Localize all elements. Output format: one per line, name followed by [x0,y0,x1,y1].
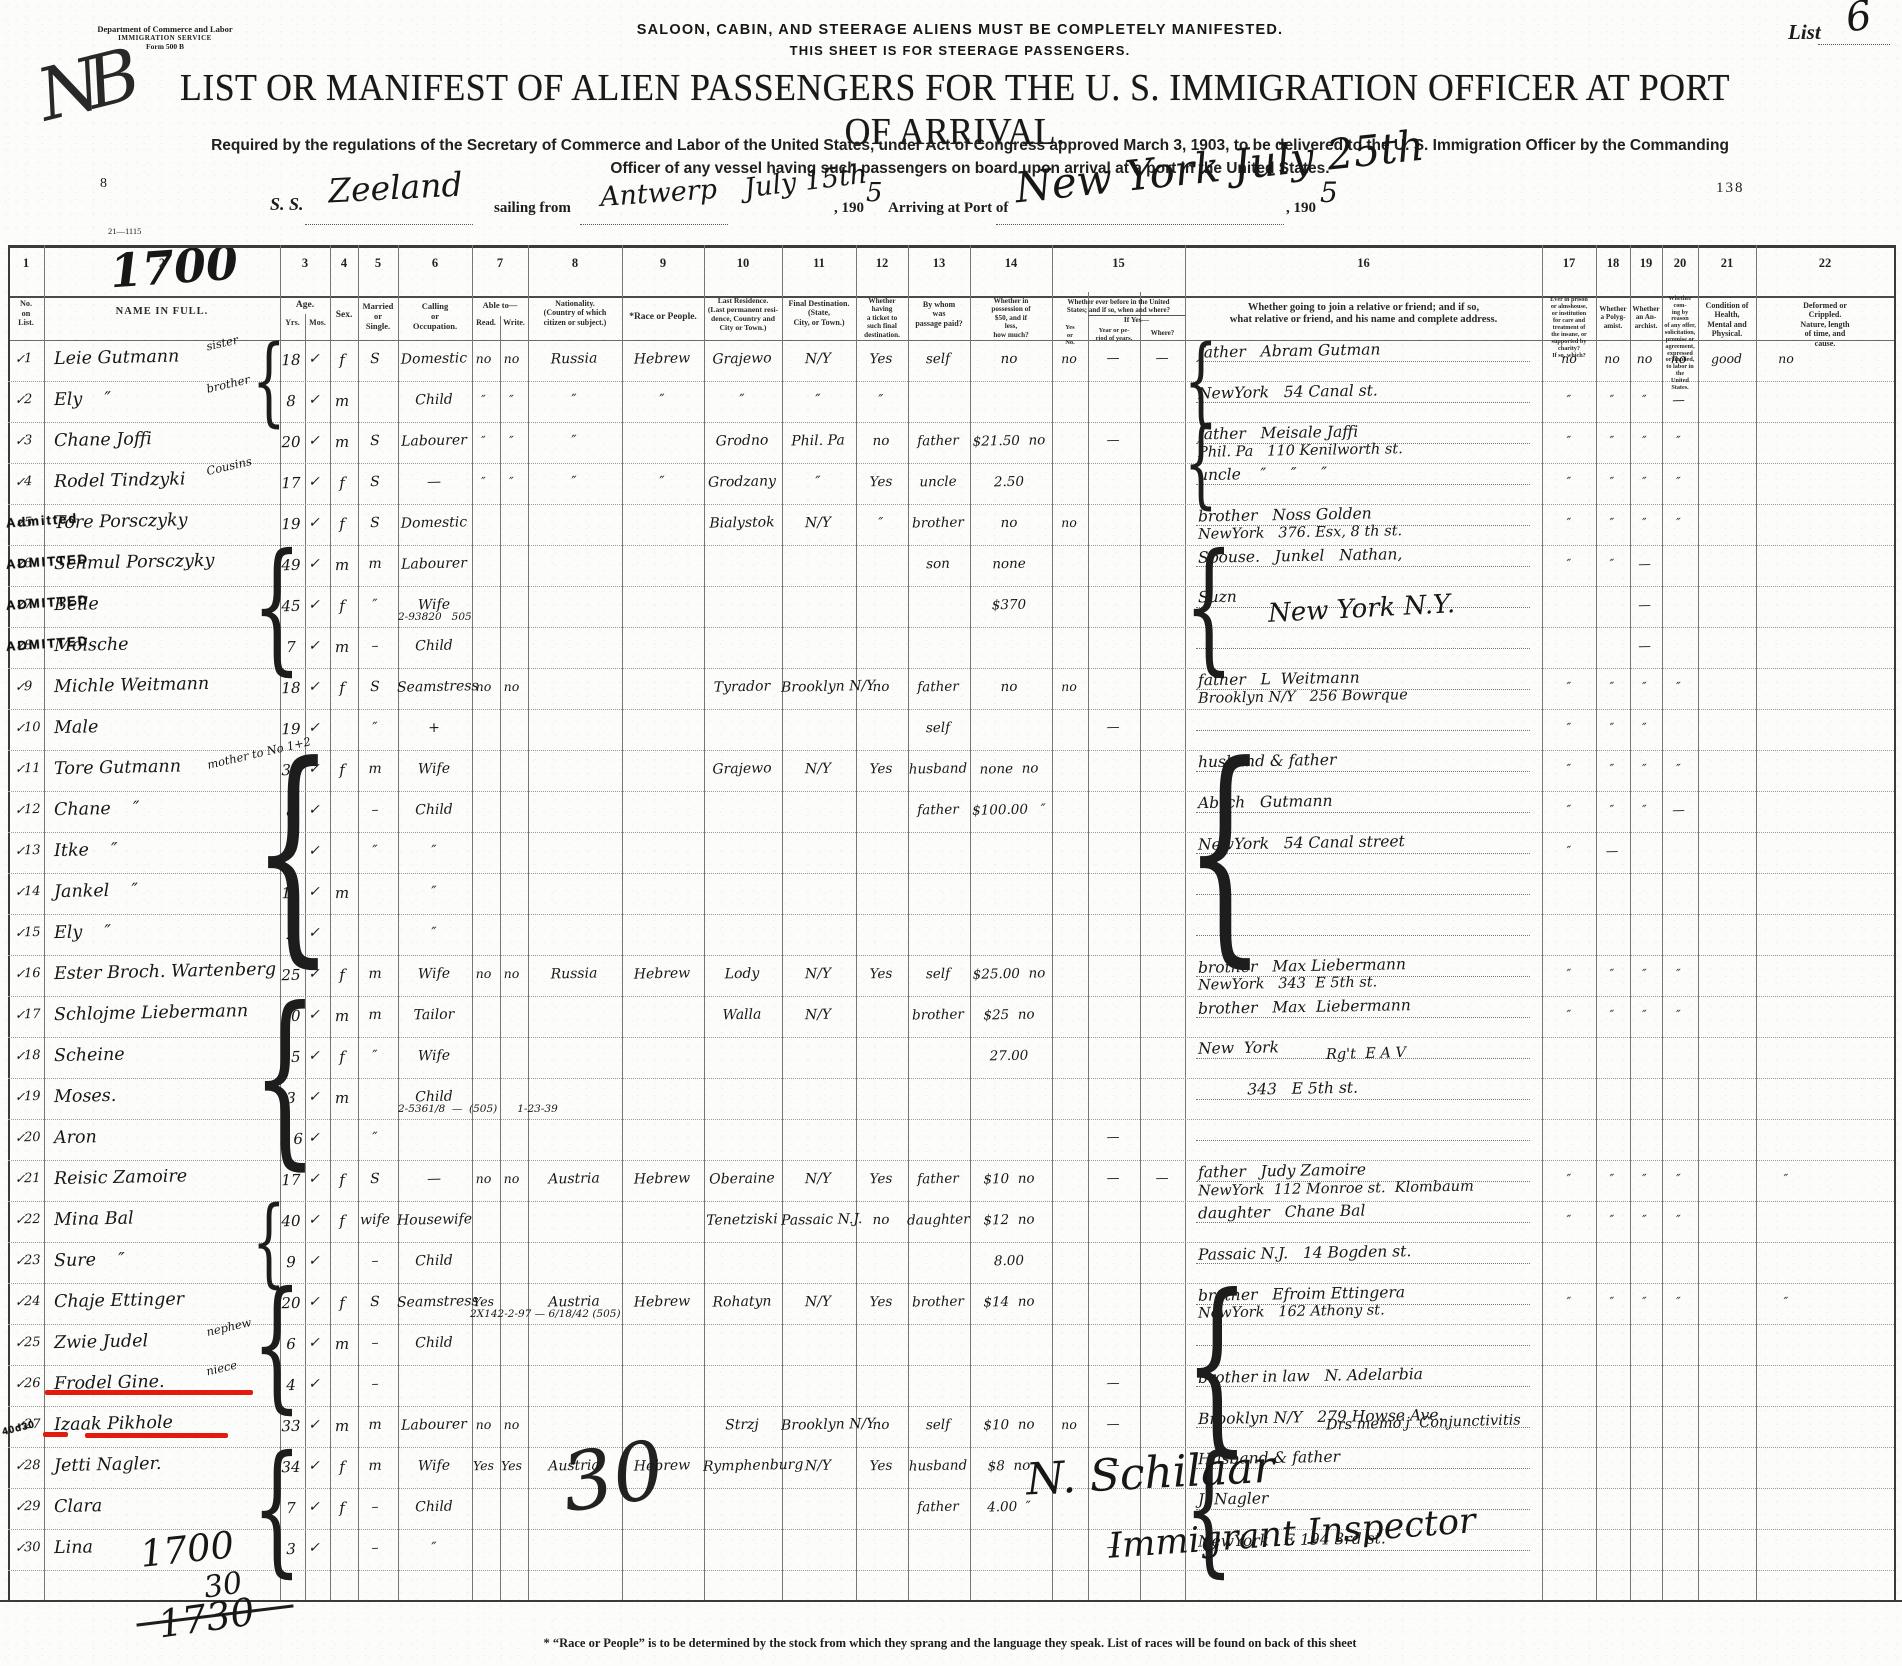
column-header: Last Residence. (Last permanent resi- de… [705,297,781,333]
cell-last-residence: Bialystok [703,514,781,532]
cell-ever-in-us-year: — [1087,1375,1139,1391]
cell-row-number: 9 [24,679,48,694]
cell-marital-status: – [357,1253,393,1270]
cell-age-checkmark: ✓ [303,351,325,367]
cell-age-checkmark: ✓ [303,1212,325,1228]
cell-row-number: 11 [24,761,48,776]
cell-row-number: 21 [24,1171,48,1186]
cell-passenger-name: Sure ″ [54,1247,262,1271]
column-rule [622,245,623,1600]
column-header: Sex. [331,310,357,321]
cell-ever-in-us-year: — [1087,1416,1139,1432]
column-number: 2 [44,256,280,271]
cell-money-in-possession: $10 no [967,1416,1051,1434]
cell-last-residence: Walla [703,1006,781,1024]
cell-able-write: no [497,966,526,982]
cell-passenger-name: Moses. [54,1083,262,1107]
cell-age-checkmark: ✓ [303,433,325,449]
cell-passage-paid-by: self [907,719,969,736]
cell-sex: m [329,392,355,411]
cell-labor-offer: ″ [1661,1212,1696,1228]
column-number: 17 [1542,256,1596,271]
cell-occupation: Wife [397,1047,471,1065]
address-dotted-line [1196,1017,1530,1018]
cell-anarchist: ″ [1629,1212,1660,1228]
cell-able-read: Yes [469,1294,498,1310]
cell-passenger-name: Leie Gutmann [54,345,262,369]
family-brace: { [252,338,286,424]
cell-money-in-possession: $25 no [967,1006,1051,1024]
cell-polygamist: — [1596,843,1628,859]
cell-last-residence: Grodno [703,432,781,450]
cell-row-number: 14 [24,884,48,899]
cell-sex: f [329,1048,355,1067]
cell-passage-paid-by: husband [907,1457,969,1474]
cell-row-number: 19 [24,1089,48,1104]
cell-ever-in-us: no [1051,351,1087,367]
family-brace-relative-column: { [1184,1281,1250,1449]
address-dotted-line [1196,484,1530,485]
cell-row-number: 10 [24,720,48,735]
if-yes-subheader: If Yes— [1088,315,1185,325]
cell-occupation: — [397,1170,471,1188]
cell-occupation: Child [397,1498,471,1516]
subcolumn-rule [500,316,501,1600]
cell-sex: f [329,679,355,698]
family-brace-relative-column: { [1184,748,1266,957]
cell-age-checkmark: ✓ [303,1499,325,1515]
header-number-divider [8,296,1894,298]
cell-occupation: Seamstress [397,1293,471,1311]
cell-age-checkmark: ✓ [303,1458,325,1474]
column-number: 22 [1756,256,1894,271]
column-rule [8,245,10,1600]
cell-age-checkmark: ✓ [303,1540,325,1556]
cell-sex: f [329,474,355,493]
cell-ever-in-us-year: — [1087,1170,1139,1186]
cell-final-destination: N/Y [781,1006,855,1024]
cell-anarchist: ″ [1629,966,1660,982]
cell-nationality: Austria [527,1170,621,1188]
cell-money-in-possession: $370 [967,596,1051,614]
column-number: 8 [528,256,622,271]
table-bottom-border [0,1600,1902,1602]
cell-has-ticket: Yes [855,760,907,777]
cell-row-number: 30 [24,1540,48,1555]
cell-marital-status: S [357,433,393,450]
cell-polygamist: ″ [1596,474,1628,490]
column-number: 6 [398,256,472,271]
cell-relative-address: Phil. Pa 110 Kenilworth st. [1198,441,1403,461]
cell-has-ticket: no [855,1416,907,1433]
cell-ever-in-us-where: — [1139,1171,1185,1187]
cell-anarchist: ″ [1629,1294,1660,1310]
cell-passenger-name: Male [54,714,262,738]
cell-marital-status: S [357,1171,393,1188]
cell-money-in-possession: no [967,350,1051,368]
column-rule [1542,245,1543,1600]
cell-relative-friend: brother Max Liebermann [1198,996,1411,1018]
column-rule [472,245,473,1600]
subcolumn-rule [1088,292,1089,1600]
cell-able-write: ″ [497,392,526,408]
cell-final-destination: ″ [781,391,855,409]
row-rule [8,1201,1894,1202]
subcolumn-rule [1140,292,1141,1600]
cell-passenger-name: Chaje Ettinger [54,1288,262,1312]
cell-marital-status: – [357,1376,393,1393]
cell-passenger-name: Ely ″ [54,919,262,943]
yes-no-subheader: Yes or No. [1052,324,1088,347]
cell-able-read: ″ [469,392,498,408]
cell-passage-paid-by: brother [907,1293,969,1310]
column-header: Whether a Polyg- amist. [1597,305,1629,330]
cell-able-read: no [469,351,498,367]
cell-labor-offer: — [1661,802,1696,818]
cell-nationality: ″ [527,432,621,450]
cell-passenger-name: Jankel ″ [54,878,262,902]
cell-last-residence: ″ [703,391,781,409]
cell-occupation: Labourer [397,1416,471,1434]
cell-marital-status: ″ [357,597,393,614]
age-months-subheader: Mos. [306,318,329,327]
column-number: 13 [908,256,970,271]
column-number: 20 [1662,256,1698,271]
cell-has-ticket: Yes [855,473,907,490]
address-dotted-line [1196,1222,1530,1223]
column-header: By whom was passage paid? [909,300,969,328]
family-brace: { [252,748,334,957]
cell-occupation: Domestic [397,514,471,532]
cell-passenger-name: Clara [54,1493,262,1517]
column-header: Nationality. (Country of which citizen o… [529,299,621,327]
cell-age-checkmark: ✓ [303,515,325,531]
row-rule [8,381,1894,382]
cell-able-read: Yes [469,1458,498,1474]
cell-last-residence: Lody [703,965,781,983]
column-header: Whether ever before in the United States… [1053,298,1184,315]
cell-row-number: 29 [24,1499,48,1514]
cell-relative-friend: NewYork 54 Canal st. [1198,381,1378,402]
cell-row-number: 22 [24,1212,48,1227]
column-header: Whether com- ing by reason of any offer,… [1663,296,1697,391]
cell-age: 17 [277,474,305,493]
column-rule [1698,245,1699,1600]
cell-row-number: 18 [24,1048,48,1063]
handwritten-count-30: 30 [555,1423,670,1531]
cell-passage-paid-by: father [907,1498,969,1515]
cell-passage-paid-by: uncle [907,473,969,490]
cell-passenger-name: Aron [54,1124,262,1148]
cell-polygamist: ″ [1596,679,1628,695]
cell-sex: m [329,433,355,452]
cell-sex: f [329,1294,355,1313]
cell-occupation: Labourer [397,432,471,450]
cell-polygamist: ″ [1596,1294,1628,1310]
cell-marital-status: ″ [357,1048,393,1065]
cell-passenger-name: Scheine [54,1042,262,1066]
row-rule [8,1242,1894,1243]
cell-sex: m [329,1335,355,1354]
cell-relative-friend: 343 E 5th st. [1198,1079,1358,1100]
cell-ever-in-us-year: — [1087,719,1139,735]
cell-prison-almshouse: ″ [1544,473,1594,489]
cell-anarchist: ″ [1629,433,1660,449]
cell-row-number: 16 [24,966,48,981]
cell-sex: m [329,1089,355,1108]
cell-sex: f [329,1212,355,1231]
cell-anarchist: ″ [1629,1171,1660,1187]
family-brace-relative-column: { [1184,420,1218,506]
address-dotted-line [1196,361,1530,362]
cell-marital-status: ″ [357,843,393,860]
cell-relative-friend: father Meisale Jaffi [1198,423,1358,444]
cell-has-ticket: Yes [855,1293,907,1310]
cell-passage-paid-by: brother [907,514,969,531]
cell-sex: f [329,1499,355,1518]
cell-passenger-name: Chane ″ [54,796,262,820]
cell-has-ticket: no [855,678,907,695]
cell-race: Hebrew [621,965,703,983]
cell-row-number: 24 [24,1294,48,1309]
cell-occupation: Labourer [397,555,471,573]
cell-final-destination: N/Y [781,350,855,368]
family-brace-relative-column: { [1184,543,1234,670]
address-dotted-line [1196,1140,1530,1141]
column-number: 5 [358,256,398,271]
cell-row-number: 2 [24,392,48,407]
cell-has-ticket: ″ [855,514,907,531]
row-rule [8,422,1894,423]
cell-final-destination: Phil. Pa [781,432,855,450]
cell-money-in-possession: $21.50 no [967,432,1051,450]
family-brace: { [252,1445,302,1572]
cell-relative-friend: daughter Chane Bal [1198,1202,1366,1223]
cell-sex: f [329,1458,355,1477]
cell-has-ticket: Yes [855,965,907,982]
cell-polygamist: ″ [1596,433,1628,449]
cell-able-write: ″ [497,433,526,449]
cell-last-residence: Tenetziski [703,1211,781,1229]
cell-prison-almshouse: ″ [1544,760,1594,776]
cell-occupation: Wife [397,965,471,983]
cell-occupation: ″ [397,924,471,942]
cell-passage-paid-by: self [907,350,969,367]
cell-marital-status: S [357,351,393,368]
cell-anarchist: ″ [1629,761,1660,777]
red-underline [85,1433,228,1438]
write-subheader: Write. [501,318,527,327]
column-number: 4 [330,256,358,271]
cell-marital-status: S [357,679,393,696]
column-number: 11 [782,256,856,271]
cell-money-in-possession: no [967,678,1051,696]
cell-row-number: 17 [24,1007,48,1022]
cell-occupation: Child [397,391,471,409]
cell-sex: f [329,1171,355,1190]
cell-nationality: Russia [527,965,621,983]
cell-has-ticket: Yes [855,1170,907,1187]
cell-occupation: ″ [397,842,471,860]
cell-money-in-possession: none no [967,760,1051,778]
cell-passage-paid-by: self [907,965,969,982]
cell-money-in-possession: none [967,555,1051,573]
cell-last-residence: Grajewo [703,760,781,778]
cell-row-number: 23 [24,1253,48,1268]
cell-able-read: no [469,966,498,982]
cell-prison-almshouse: ″ [1544,842,1594,858]
column-header: Age. [281,300,329,311]
cell-able-read: no [469,1171,498,1187]
column-number: 1 [8,256,44,271]
column-header: Whether having a ticket to such final de… [857,297,907,339]
cell-final-destination: N/Y [781,965,855,983]
cell-row-number: 28 [24,1458,48,1473]
cell-final-destination: Brooklyn N/Y [781,678,855,696]
cell-anarchist: — [1629,597,1660,613]
column-number: 18 [1596,256,1630,271]
cell-money-in-possession: no [967,514,1051,532]
cell-prison-almshouse: ″ [1544,432,1594,448]
cell-passenger-name: Jetti Nagler. [54,1452,262,1476]
cell-passage-paid-by: daughter [907,1211,969,1228]
cell-money-in-possession: 2.50 [967,473,1051,491]
cell-labor-offer: ″ [1661,966,1696,982]
cell-labor-offer: ″ [1661,474,1696,490]
cell-able-write: no [497,1417,526,1433]
cell-last-residence: Tyrador [703,678,781,696]
column-number: 21 [1698,256,1756,271]
cell-occupation: — [397,473,471,491]
cell-polygamist: ″ [1596,966,1628,982]
cell-able-read: no [469,1417,498,1433]
cell-deformed-crippled: no [1755,350,1817,366]
cell-marital-status: – [357,1540,393,1557]
cell-marital-status: wife [357,1212,393,1229]
cell-nationality: Russia [527,350,621,368]
cell-anarchist: — [1629,556,1660,572]
cell-anarchist: ″ [1629,720,1660,736]
cell-row-number: 15 [24,925,48,940]
column-number: 14 [970,256,1052,271]
cell-row-number: 13 [24,843,48,858]
cell-occupation: Child [397,801,471,819]
cell-able-write: no [497,1171,526,1187]
cell-marital-status: – [357,638,393,655]
cell-able-write: ″ [497,474,526,490]
cell-final-destination: N/Y [781,1457,855,1475]
cell-money-in-possession: 27.00 [967,1047,1051,1065]
row-rule [8,504,1894,505]
cell-prison-almshouse: ″ [1544,719,1594,735]
address-dotted-line [1196,1099,1530,1100]
cell-labor-offer: ″ [1661,515,1696,531]
cell-last-residence: Oberaine [703,1170,781,1188]
family-brace: { [252,1281,302,1408]
cell-passage-paid-by: husband [907,760,969,777]
cell-occupation-note: 2-5361/8 — (505) 1-23-39 [398,1103,558,1115]
cell-deformed-crippled: ″ [1755,1293,1817,1309]
cell-anarchist: ″ [1629,474,1660,490]
column-header: Whether in possession of $50, and if les… [971,297,1051,339]
cell-sex: f [329,597,355,616]
cell-passenger-name: Mina Bal [54,1206,262,1230]
cell-last-residence: Rohatyn [703,1293,781,1311]
cell-occupation: Child [397,637,471,655]
cell-passenger-name: Itke ″ [54,837,262,861]
cell-anarchist: ″ [1629,392,1660,408]
cell-occupation: + [397,719,471,737]
cell-sex: f [329,515,355,534]
year-period-subheader: Year or pe- riod of years. [1089,327,1139,342]
cell-marital-status: – [357,1335,393,1352]
cell-money-in-possession: $100.00 ″ [967,801,1051,819]
manifest-sheet: Department of Commerce and Labor IMMIGRA… [0,0,1902,1666]
cell-relative-friend: New York [1198,1038,1279,1057]
column-header: Condition of Health, Mental and Physical… [1699,301,1755,339]
margin-note: Rg't E A V [1326,1045,1406,1063]
cell-health-condition: good [1697,350,1756,366]
column-header: Final Destination. (State, City, or Town… [783,299,855,327]
address-dotted-line [1196,402,1530,403]
cell-able-write: no [497,351,526,367]
cell-occupation: Wife [397,760,471,778]
cell-age-checkmark: ✓ [303,1294,325,1310]
cell-row-number: 26 [24,1376,48,1391]
cell-passenger-name: Izaak Pikhole [54,1411,262,1435]
cell-ever-in-us: no [1051,679,1087,695]
cell-marital-status: ″ [357,1130,393,1147]
cell-money-in-possession: $25.00 no [967,965,1051,983]
cell-occupation: Wife [397,1457,471,1475]
cell-nationality: ″ [527,473,621,491]
cell-prison-almshouse: ″ [1544,514,1594,530]
column-number: 19 [1630,256,1662,271]
family-brace: { [252,543,302,670]
cell-last-residence: Grajewo [703,350,781,368]
cell-anarchist: ″ [1629,1007,1660,1023]
cell-labor-offer: ″ [1661,433,1696,449]
column-number: 3 [280,256,330,271]
cell-has-ticket: no [855,432,907,449]
cell-race: Hebrew [621,350,703,368]
cell-labor-offer: ″ [1661,1171,1696,1187]
cell-anarchist: ″ [1629,515,1660,531]
address-dotted-line [1196,648,1530,649]
cell-money-in-possession: $14 no [967,1293,1051,1311]
cell-final-destination: ″ [781,473,855,491]
cell-occupation: ″ [397,1539,471,1557]
cell-able-write: Yes [497,1458,526,1474]
column-header: *Race or People. [623,312,703,323]
cell-passage-paid-by: father [907,678,969,695]
cell-polygamist: ″ [1596,392,1628,408]
cell-money-in-possession: 8.00 [967,1252,1051,1270]
cell-ever-in-us-where: — [1139,351,1185,367]
cell-prison-almshouse: ″ [1544,1211,1594,1227]
cell-final-destination: Brooklyn N/Y [781,1416,855,1434]
cell-row-number: 4 [24,474,48,489]
cell-polygamist: ″ [1596,761,1628,777]
cell-relative-address-large: New York N.Y. [1267,589,1455,629]
cell-polygamist: ″ [1596,720,1628,736]
cell-age-checkmark: ✓ [303,1253,325,1269]
cell-prison-almshouse: ″ [1544,965,1594,981]
cell-labor-offer: ″ [1661,1294,1696,1310]
cell-polygamist: ″ [1596,1171,1628,1187]
cell-marital-status: m [357,1417,393,1434]
cell-marital-status: m [357,761,393,778]
